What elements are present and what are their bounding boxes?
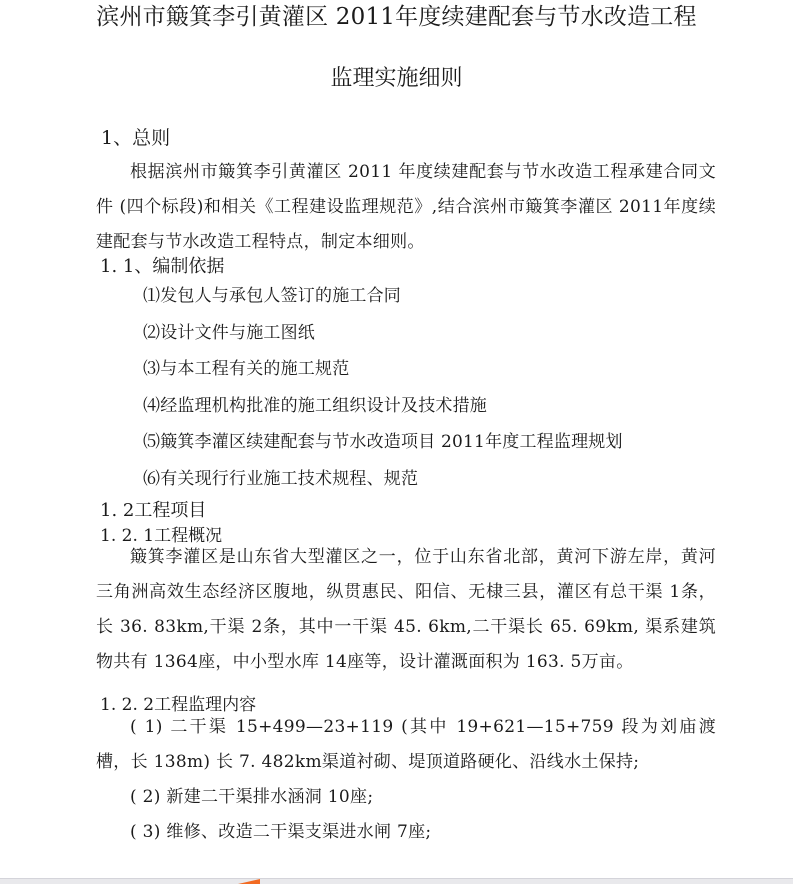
section-heading-project: 1. 2工程项目: [100, 500, 206, 522]
supervision-content-list: ( 1) 二干渠 15+499—23+119 (其中 19+621—15+759…: [96, 710, 716, 850]
list-item: ⑶与本工程有关的施工规范: [143, 351, 623, 388]
list-item: ( 1) 二干渠 15+499—23+119 (其中 19+621—15+759…: [96, 710, 716, 780]
list-item: ⑵设计文件与施工图纸: [143, 315, 623, 352]
document-title: 滨州市簸箕李引黄灌区 2011年度续建配套与节水改造工程: [0, 2, 793, 32]
overview-paragraph: 簸箕李灌区是山东省大型灌区之一，位于山东省北部，黄河下游左岸，黄河三角洲高效生态…: [96, 540, 716, 680]
list-item: ⑴发包人与承包人签订的施工合同: [143, 278, 623, 315]
list-item: ⑹有关现行行业施工技术规程、规范: [143, 461, 623, 498]
section-heading-basis: 1. 1、编制依据: [100, 256, 224, 278]
list-item: ( 2) 新建二干渠排水涵洞 10座;: [96, 780, 716, 815]
section-heading-general: 1、总则: [101, 126, 170, 150]
list-item: ( 3) 维修、改造二干渠支渠进水闸 7座;: [96, 815, 716, 850]
list-item: ⑸簸箕李灌区续建配套与节水改造项目 2011年度工程监理规划: [143, 424, 623, 461]
orange-corner-mark-icon: [238, 879, 260, 884]
basis-list: ⑴发包人与承包人签订的施工合同 ⑵设计文件与施工图纸 ⑶与本工程有关的施工规范 …: [143, 278, 623, 497]
general-intro-paragraph: 根据滨州市簸箕李引黄灌区 2011 年度续建配套与节水改造工程承建合同文件 (四…: [96, 155, 716, 260]
viewer-bottom-bar: [0, 878, 793, 884]
document-page: 滨州市簸箕李引黄灌区 2011年度续建配套与节水改造工程 监理实施细则 1、总则…: [0, 0, 793, 878]
list-item: ⑷经监理机构批准的施工组织设计及技术措施: [143, 388, 623, 425]
document-subtitle: 监理实施细则: [0, 64, 793, 94]
